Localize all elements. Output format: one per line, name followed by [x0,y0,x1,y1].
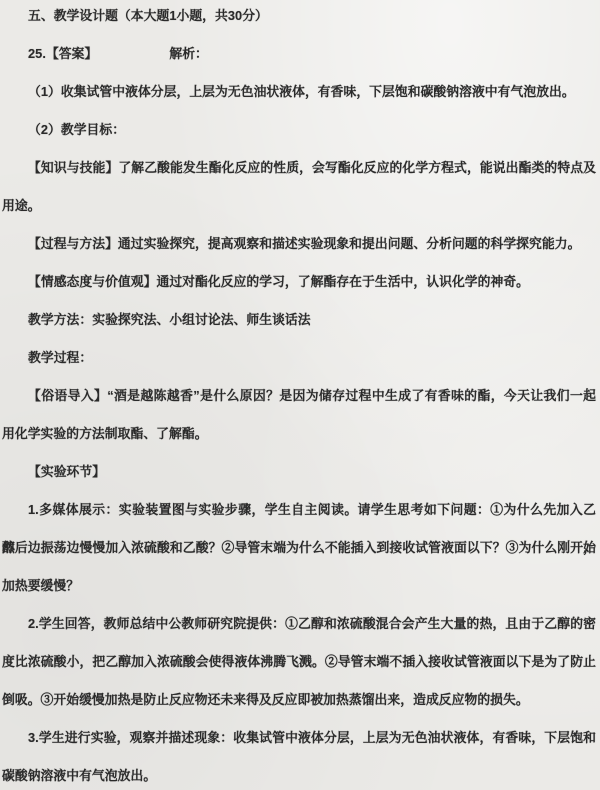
objective-knowledge-skills-line1: 【知识与技能】了解乙酸能发生酯化反应的性质，会写酯化反应的化学方程式，能说出酯类… [2,149,596,187]
step2-line3: 倒吸。③开始缓慢加热是防止反应物还未来得及反应即被加热蒸馏出来，造成反应物的损失… [2,681,596,719]
answer-part1-line: （1）收集试管中液体分层，上层为无色油状液体，有香味，下层饱和碳酸钠溶液中有气泡… [2,73,596,111]
objective-knowledge-skills-line2: 用途。 [2,187,596,225]
answer-part2-heading: （2）教学目标： [2,111,596,149]
step3-line2: 碳酸钠溶液中有气泡放出。 [2,757,596,790]
scanned-document-page: 五、教学设计题（本大题1小题，共30分） 25.【答案】解析： （1）收集试管中… [0,0,600,787]
question-number: 25. [28,46,46,61]
teaching-methods-line: 教学方法：实验探究法、小组讨论法、师生谈话法 [2,301,596,339]
analysis-label: 解析： [169,46,208,61]
experiment-section-heading: 【实验环节】 [2,453,596,491]
step2-line2: 度比浓硫酸小，把乙醇加入浓硫酸会使得液体沸腾飞溅。②导管末端不插入接收试管液面以… [2,643,596,681]
answer-analysis-row: 25.【答案】解析： [2,35,596,73]
step2-line1: 2.学生回答，教师总结中公教师研究院提供：①乙醇和浓硫酸混合会产生大量的热，且由… [2,605,596,643]
objective-process-methods: 【过程与方法】通过实验探究，提高观察和描述实验现象和提出问题、分析问题的科学探究… [2,225,596,263]
proverb-intro-line2: 用化学实验的方法制取酯、了解酯。 [2,415,596,453]
step3-line1: 3.学生进行实验，观察并描述现象：收集试管中液体分层，上层为无色油状液体，有香味… [2,719,596,757]
step1-line3: 加热要缓慢？ [2,567,596,605]
objective-emotion-values: 【情感态度与价值观】通过对酯化反应的学习，了解酯存在于生活中，认识化学的神奇。 [2,263,596,301]
step1-line1: 1.多媒体展示：实验装置图与实验步骤，学生自主阅读。请学生思考如下问题：①为什么… [2,491,596,529]
section-heading: 五、教学设计题（本大题1小题，共30分） [2,0,596,35]
step1-line2: 然后边振荡边慢慢加入浓硫酸和乙酸？②导管末端为什么不能插入到接收试管液面以下？③… [2,529,596,567]
answer-label: 【答案】 [46,46,97,61]
teaching-process-heading: 教学过程： [2,339,596,377]
proverb-intro-line1: 【俗语导入】“酒是越陈越香”是什么原因？是因为储存过程中生成了有香味的酯，今天让… [2,377,596,415]
